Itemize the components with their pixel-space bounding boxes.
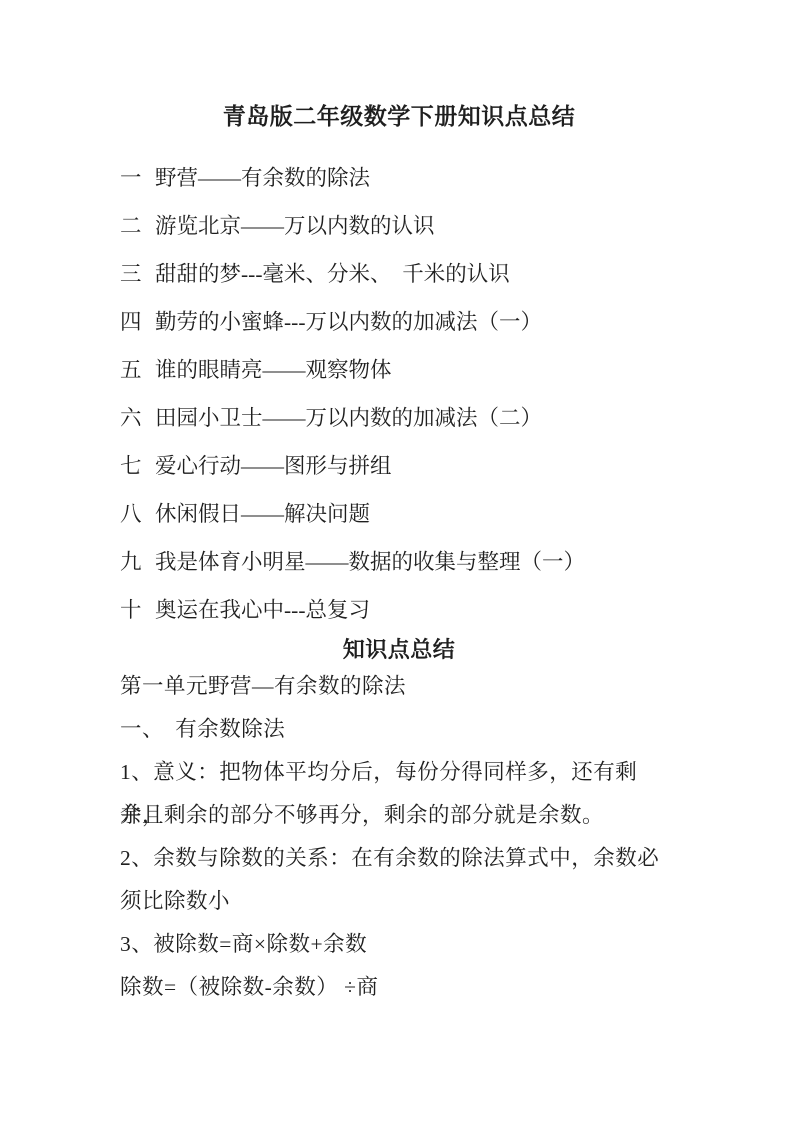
body-line-unit-heading: 第一单元野营—有余数的除法 bbox=[120, 665, 678, 708]
unit-list-item: 五 谁的眼睛亮——观察物体 bbox=[120, 344, 678, 392]
document-title: 青岛版二年级数学下册知识点总结 bbox=[120, 103, 678, 130]
unit-number: 九 bbox=[120, 545, 155, 576]
unit-number: 三 bbox=[120, 257, 155, 288]
unit-list-item: 九 我是体育小明星——数据的收集与整理（一） bbox=[120, 536, 678, 584]
unit-list-item: 八 休闲假日——解决问题 bbox=[120, 488, 678, 536]
body-line: 2、余数与除数的关系：在有余数的除法算式中，余数必 bbox=[120, 837, 678, 880]
unit-number: 六 bbox=[120, 401, 155, 432]
unit-title: 游览北京——万以内数的认识 bbox=[155, 209, 678, 240]
body-line-formula: 除数=（被除数-余数） ÷商 bbox=[120, 966, 678, 1009]
unit-number: 二 bbox=[120, 209, 155, 240]
unit-list-item: 十 奥运在我心中---总复习 bbox=[120, 584, 678, 632]
document-page: 青岛版二年级数学下册知识点总结 一 野营——有余数的除法 二 游览北京——万以内… bbox=[0, 0, 793, 1122]
section-heading: 知识点总结 bbox=[120, 636, 678, 663]
unit-list-item: 一 野营——有余数的除法 bbox=[120, 152, 678, 200]
body-line-formula: 3、被除数=商×除数+余数 bbox=[120, 923, 678, 966]
unit-list-item: 七 爱心行动——图形与拼组 bbox=[120, 440, 678, 488]
unit-list: 一 野营——有余数的除法 二 游览北京——万以内数的认识 三 甜甜的梦---毫米… bbox=[120, 152, 678, 632]
unit-list-item: 六 田园小卫士——万以内数的加减法（二） bbox=[120, 392, 678, 440]
unit-number: 十 bbox=[120, 593, 155, 624]
unit-list-item: 三 甜甜的梦---毫米、分米、 千米的认识 bbox=[120, 248, 678, 296]
unit-title: 爱心行动——图形与拼组 bbox=[155, 449, 678, 480]
unit-number: 一 bbox=[120, 161, 155, 192]
body-line: 1、意义：把物体平均分后，每份分得同样多，还有剩余， bbox=[120, 751, 678, 794]
unit-list-item: 四 勤劳的小蜜蜂---万以内数的加减法（一） bbox=[120, 296, 678, 344]
unit-title: 奥运在我心中---总复习 bbox=[155, 593, 678, 624]
unit-number: 五 bbox=[120, 353, 155, 384]
unit-number: 七 bbox=[120, 449, 155, 480]
body-line-subheading: 一、 有余数除法 bbox=[120, 708, 678, 751]
unit-title: 甜甜的梦---毫米、分米、 千米的认识 bbox=[155, 257, 678, 288]
unit-title: 谁的眼睛亮——观察物体 bbox=[155, 353, 678, 384]
unit-title: 我是体育小明星——数据的收集与整理（一） bbox=[155, 545, 678, 576]
unit-title: 野营——有余数的除法 bbox=[155, 161, 678, 192]
unit-list-item: 二 游览北京——万以内数的认识 bbox=[120, 200, 678, 248]
unit-number: 四 bbox=[120, 305, 155, 336]
unit-title: 休闲假日——解决问题 bbox=[155, 497, 678, 528]
body-text: 第一单元野营—有余数的除法 一、 有余数除法 1、意义：把物体平均分后，每份分得… bbox=[120, 665, 678, 1009]
body-line: 并且剩余的部分不够再分，剩余的部分就是余数。 bbox=[120, 794, 678, 837]
unit-number: 八 bbox=[120, 497, 155, 528]
unit-title: 勤劳的小蜜蜂---万以内数的加减法（一） bbox=[155, 305, 678, 336]
body-line: 须比除数小 bbox=[120, 880, 678, 923]
unit-title: 田园小卫士——万以内数的加减法（二） bbox=[155, 401, 678, 432]
